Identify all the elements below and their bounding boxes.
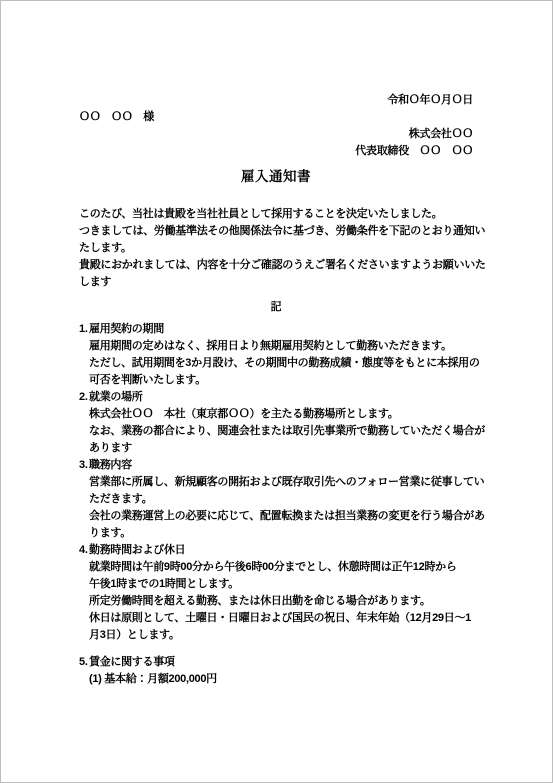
section-body-line: 午後1時までの1時間とします。	[79, 576, 473, 593]
section-number: 5.	[79, 654, 89, 671]
section-body-line: 就業時間は午前9時00分から午後6時00分までとし、休憩時間は正午12時から	[79, 559, 473, 576]
section-heading-row: 3.職務内容	[79, 457, 473, 474]
document-page: 令和Ｏ年Ｏ月Ｏ日 ＯＯ ＯＯ 様 株式会社ＯＯ 代表取締役 ＯＯ ＯＯ 雇入通知…	[0, 0, 553, 783]
section-heading-row: 4.勤務時間および休日	[79, 542, 473, 559]
section-body-line: 可否を判断いたします。	[79, 372, 473, 389]
section-body-line: (1) 基本給：月額200,000円	[79, 671, 473, 688]
section-job-description: 3.職務内容 営業部に所属し、新規顧客の開拓および既存取引先へのフォロー営業に従…	[79, 457, 473, 542]
section-employment-period: 1.雇用契約の期間 雇用期間の定めはなく、採用日より無期雇用契約として勤務いただ…	[79, 321, 473, 389]
intro-line-4: 貴殿におかれましては、内容を十分ご確認のうえご署名くださいますようお願いいた	[79, 257, 473, 274]
section-body-line: 雇用期間の定めはなく、採用日より無期雇用契約として勤務いただきます。	[79, 338, 473, 355]
section-body-line: あります	[79, 440, 473, 457]
section-heading: 就業の場所	[89, 391, 143, 403]
section-heading-row: 1.雇用契約の期間	[79, 321, 473, 338]
record-marker: 記	[79, 299, 473, 316]
section-body-line: 会社の業務運営上の必要に応じて、配置転換または担当業務の変更を行う場合があ	[79, 508, 473, 525]
section-body-line: 営業部に所属し、新規顧客の開拓および既存取引先へのフォロー営業に従事してい	[79, 474, 473, 491]
section-body-line: なお、業務の都合により、関連会社または取引先事業所で勤務していただく場合が	[79, 423, 473, 440]
section-heading-row: 5.賃金に関する事項	[79, 654, 473, 671]
section-body-line: ります。	[79, 525, 473, 542]
section-wages: 5.賃金に関する事項 (1) 基本給：月額200,000円	[79, 654, 473, 688]
section-body-line: 株式会社ＯＯ 本社（東京都ＯＯ）を主たる勤務場所とします。	[79, 406, 473, 423]
section-body-line: 所定労働時間を超える勤務、または休日出勤を命じる場合があります。	[79, 593, 473, 610]
intro-paragraph: このたび、当社は貴殿を当社社員として採用することを決定いたしました。 つきまして…	[79, 206, 473, 291]
sender-company: 株式会社ＯＯ	[79, 126, 473, 143]
section-hours-holidays: 4.勤務時間および休日 就業時間は午前9時00分から午後6時00分までとし、休憩…	[79, 542, 473, 644]
section-number: 2.	[79, 389, 89, 406]
section-number: 3.	[79, 457, 89, 474]
section-heading-row: 2.就業の場所	[79, 389, 473, 406]
section-body-line: 月3日）とします。	[79, 627, 473, 644]
section-body-line: ただし、試用期間を3か月設け、その期間中の勤務成績・態度等をもとに本採用の	[79, 355, 473, 372]
intro-line-1: このたび、当社は貴殿を当社社員として採用することを決定いたしました。	[79, 206, 473, 223]
intro-line-5: します	[79, 274, 473, 291]
section-body-line: ただきます。	[79, 491, 473, 508]
sender-representative: 代表取締役 ＯＯ ＯＯ	[79, 143, 473, 160]
document-date: 令和Ｏ年Ｏ月Ｏ日	[79, 92, 473, 109]
recipient-name: ＯＯ ＯＯ 様	[79, 109, 473, 126]
conditions-list: 1.雇用契約の期間 雇用期間の定めはなく、採用日より無期雇用契約として勤務いただ…	[79, 321, 473, 688]
section-heading: 勤務時間および休日	[89, 544, 185, 556]
section-number: 4.	[79, 542, 89, 559]
section-work-location: 2.就業の場所 株式会社ＯＯ 本社（東京都ＯＯ）を主たる勤務場所とします。 なお…	[79, 389, 473, 457]
section-heading: 雇用契約の期間	[89, 323, 164, 335]
intro-line-2: つきましては、労働基準法その他関係法令に基づき、労働条件を下記のとおり通知い	[79, 223, 473, 240]
section-heading: 賃金に関する事項	[89, 656, 175, 668]
section-body-line: 休日は原則として、土曜日・日曜日および国民の祝日、年末年始（12月29日～1	[79, 610, 473, 627]
section-number: 1.	[79, 321, 89, 338]
document-title: 雇入通知書	[79, 168, 473, 186]
section-heading: 職務内容	[89, 459, 132, 471]
intro-line-3: たします。	[79, 240, 473, 257]
